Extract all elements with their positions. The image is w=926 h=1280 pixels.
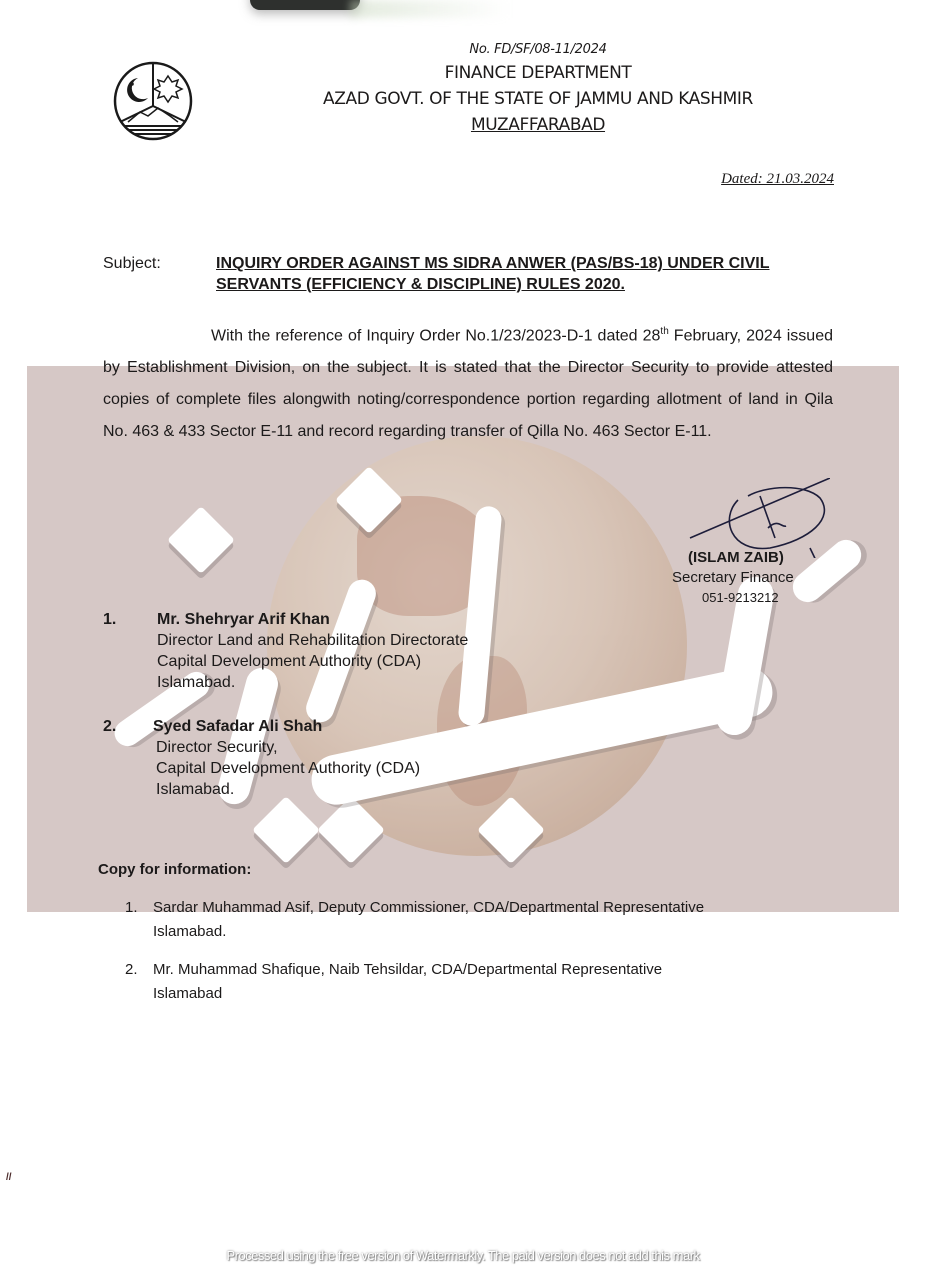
- stray-pen-mark: //: [6, 1172, 12, 1183]
- copy-item-number: 1.: [125, 896, 138, 920]
- reference-number: No. FD/SF/08-11/2024: [0, 42, 926, 57]
- ordinal-suffix: th: [660, 326, 668, 337]
- photo-edge-haze: [350, 0, 510, 18]
- addressee-line: Capital Development Authority (CDA): [153, 758, 420, 779]
- addressee-line: Director Security,: [153, 737, 420, 758]
- government-name: AZAD GOVT. OF THE STATE OF JAMMU AND KAS…: [0, 89, 926, 109]
- city-name: MUZAFFARABAD: [0, 115, 926, 135]
- signatory-phone: 051-9213212: [702, 590, 779, 605]
- addressee-number: 2.: [103, 716, 116, 737]
- signature-icon: [660, 478, 830, 558]
- copy-item-city: Islamabad: [153, 982, 830, 1006]
- copy-item-text: Mr. Muhammad Shafique, Naib Tehsildar, C…: [153, 958, 830, 982]
- body-paragraph: With the reference of Inquiry Order No.1…: [103, 316, 833, 448]
- addressee-name: Syed Safadar Ali Shah: [153, 716, 420, 737]
- signatory-title: Secretary Finance: [672, 569, 794, 586]
- date-line: Dated: 21.03.2024: [721, 171, 834, 188]
- signatory-name: (ISLAM ZAIB): [688, 549, 784, 566]
- watermark-diamond: [167, 506, 235, 574]
- subject-text: INQUIRY ORDER AGAINST MS SIDRA ANWER (PA…: [216, 253, 836, 295]
- watermark-diamond: [252, 796, 320, 864]
- watermark-footer-text: Processed using the free version of Wate…: [0, 1248, 926, 1263]
- copy-label: Copy for information:: [98, 861, 251, 878]
- addressee-item: 2. Syed Safadar Ali Shah Director Securi…: [103, 716, 420, 800]
- addressee-line: Islamabad.: [153, 779, 420, 800]
- addressee-line: Islamabad.: [157, 672, 468, 693]
- subject-label: Subject:: [103, 255, 161, 273]
- addressee-name: Mr. Shehryar Arif Khan: [157, 609, 468, 630]
- addressee-item: 1. Mr. Shehryar Arif Khan Director Land …: [103, 609, 468, 693]
- department-name: FINANCE DEPARTMENT: [0, 63, 926, 83]
- copy-item: 2. Mr. Muhammad Shafique, Naib Tehsildar…: [125, 958, 830, 1006]
- addressee-line: Director Land and Rehabilitation Directo…: [157, 630, 468, 651]
- addressee-line: Capital Development Authority (CDA): [157, 651, 468, 672]
- photo-edge-shadow: [250, 0, 360, 10]
- body-text-start: With the reference of Inquiry Order No.1…: [211, 327, 660, 344]
- copy-item: 1. Sardar Muhammad Asif, Deputy Commissi…: [125, 896, 830, 944]
- copy-item-text: Sardar Muhammad Asif, Deputy Commissione…: [153, 896, 830, 920]
- copy-item-number: 2.: [125, 958, 138, 982]
- addressee-number: 1.: [103, 609, 116, 630]
- copy-item-city: Islamabad.: [153, 920, 830, 944]
